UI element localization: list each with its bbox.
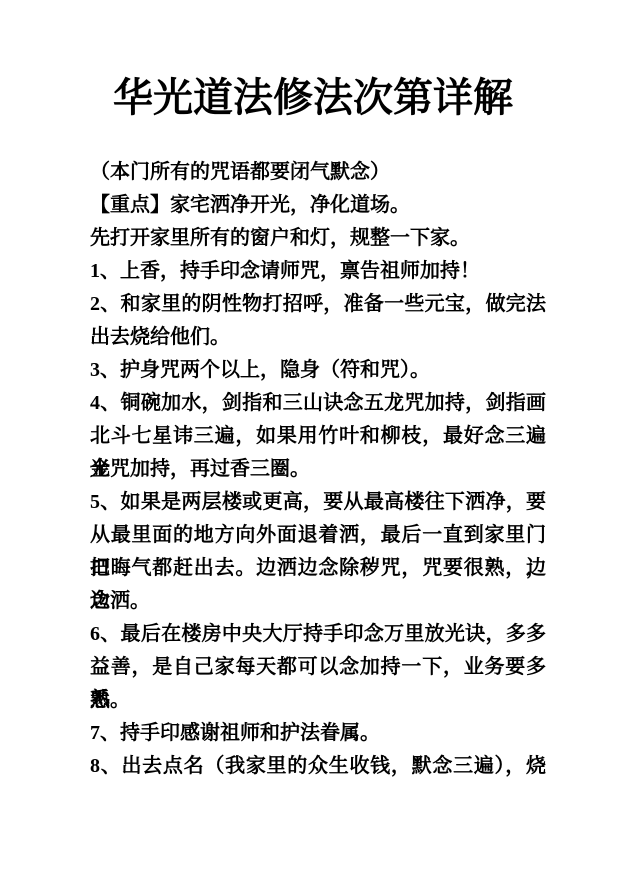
text-line: 益善，是自己家每天都可以念加持一下，业务要多熟 — [90, 651, 546, 684]
text-line: 5、如果是两层楼或更高，要从最高楼往下洒净，要 — [90, 486, 546, 519]
text-line: 把晦气都赶出去。边洒边念除秽咒，咒要很熟，边念 — [90, 552, 546, 585]
text-line: 先打开家里所有的窗户和灯，规整一下家。 — [90, 222, 546, 255]
paragraph: 先打开家里所有的窗户和灯，规整一下家。 — [90, 222, 546, 255]
text-line: 【重点】家宅洒净开光，净化道场。 — [90, 189, 546, 222]
text-line: 北斗七星讳三遍，如果用竹叶和柳枝，最好念三遍金 — [90, 420, 546, 453]
text-line: 悉。 — [90, 684, 546, 717]
paragraph: 7、持手印感谢祖师和护法眷属。 — [90, 717, 546, 750]
text-line: 8、出去点名（我家里的众生收钱，默念三遍），烧 — [90, 750, 546, 783]
paragraph: 1、上香，持手印念请师咒，禀告祖师加持！ — [90, 255, 546, 288]
text-line: 7、持手印感谢祖师和护法眷属。 — [90, 717, 546, 750]
text-line: 从最里面的地方向外面退着洒，最后一直到家里门口， — [90, 519, 546, 552]
document-body: （本门所有的咒语都要闭气默念） 【重点】家宅洒净开光，净化道场。 先打开家里所有… — [90, 156, 546, 783]
paragraph: 8、出去点名（我家里的众生收钱，默念三遍），烧 — [90, 750, 546, 783]
text-line: 2、和家里的阴性物打招呼，准备一些元宝，做完法 — [90, 288, 546, 321]
paragraph: 2、和家里的阴性物打招呼，准备一些元宝，做完法 出去烧给他们。 — [90, 288, 546, 354]
paragraph: （本门所有的咒语都要闭气默念） — [90, 156, 546, 189]
text-line: （本门所有的咒语都要闭气默念） — [90, 156, 546, 189]
paragraph: 3、护身咒两个以上，隐身（符和咒）。 — [90, 354, 546, 387]
paragraph: 【重点】家宅洒净开光，净化道场。 — [90, 189, 546, 222]
paragraph: 5、如果是两层楼或更高，要从最高楼往下洒净，要 从最里面的地方向外面退着洒，最后… — [90, 486, 546, 618]
text-line: 1、上香，持手印念请师咒，禀告祖师加持！ — [90, 255, 546, 288]
text-line: 3、护身咒两个以上，隐身（符和咒）。 — [90, 354, 546, 387]
text-line: 出去烧给他们。 — [90, 321, 546, 354]
text-line: 光咒加持，再过香三圈。 — [90, 453, 546, 486]
text-line: 边洒。 — [90, 585, 546, 618]
paragraph: 6、最后在楼房中央大厅持手印念万里放光诀，多多 益善，是自己家每天都可以念加持一… — [90, 618, 546, 717]
text-line: 6、最后在楼房中央大厅持手印念万里放光诀，多多 — [90, 618, 546, 651]
document-title: 华光道法修法次第详解 — [0, 71, 626, 125]
paragraph: 4、铜碗加水，剑指和三山诀念五龙咒加持，剑指画 北斗七星讳三遍，如果用竹叶和柳枝… — [90, 387, 546, 486]
text-line: 4、铜碗加水，剑指和三山诀念五龙咒加持，剑指画 — [90, 387, 546, 420]
document-page: 华光道法修法次第详解 （本门所有的咒语都要闭气默念） 【重点】家宅洒净开光，净化… — [0, 0, 626, 887]
